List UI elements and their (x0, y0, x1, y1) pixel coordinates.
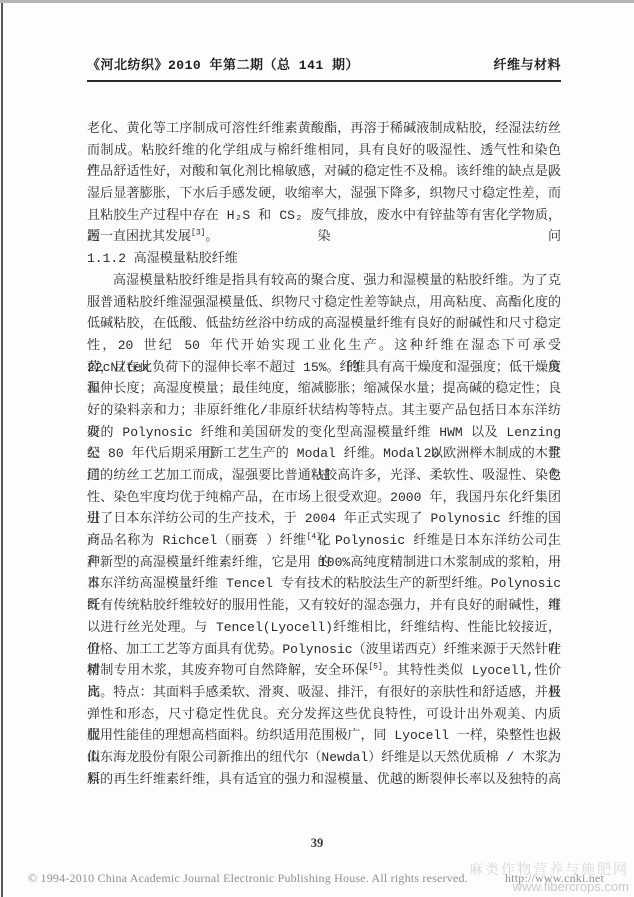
footer-copyright-bar: © 1994-2010 China Academic Journal Elect… (28, 871, 604, 886)
text-line: 而制成。粘胶纤维的化学组成与棉纤维相同，具有良好的吸湿性、透气性和染色性， (87, 140, 561, 162)
text-line: 精制专用木浆，其废弃物可自然降解，安全环保[5]。其特性类似 Lyocell,性… (87, 660, 561, 682)
text-line: 以进行丝光处理。与 Tencel(Lyocell)纤维相比，纤维结构、性能比较接… (87, 617, 561, 639)
journal-page: 《河北纺织》2010 年第二期（总 141 期） 纤维与材料 老化、黄化等工序制… (0, 0, 634, 897)
reference-superscript: [4] (307, 533, 321, 542)
reference-superscript: [3] (191, 229, 205, 238)
text-line: 本东洋纺高湿模量纤维 Tencel 专有技术的粘胶法生产的新型纤维。Polyno… (87, 573, 561, 595)
text-line: 老化、黄化等工序制成可溶性纤维素黄酸酯，再溶于稀碱液制成粘胶，经湿法纺丝 (87, 118, 561, 140)
section-heading: 1.1.2 高湿模量粘胶纤维 (87, 248, 561, 270)
text-line: 料的再生纤维素纤维，具有适宜的强力和湿模量、优越的断裂伸长率以及独特的高 (87, 769, 561, 791)
text-line: 既有传统粘胶纤维较好的服用性能，又有较好的湿态强力，并有良好的耐碱性，可 (87, 595, 561, 617)
paragraph: 高湿模量粘胶纤维是指具有较高的聚合度、强力和湿模量的粘胶纤维。为了克服普通粘胶纤… (87, 270, 561, 791)
copyright-notice: © 1994-2010 China Academic Journal Elect… (28, 871, 468, 886)
text-line: 纪 80 年代后期采用新工艺生产的 Modal 纤维。Modal 以欧洲榉木制成… (87, 443, 561, 465)
page-number: 39 (0, 836, 634, 851)
text-line: 性、染色牢度均优于纯棉产品，在市场上很受欢迎。2000 年，我国丹东化纤集团引 (87, 487, 561, 509)
cnki-url: http://www.cnki.net (505, 871, 604, 886)
scan-edge-top (0, 0, 634, 3)
text-line: 湿伸长度；高湿度模量；最佳纯度，缩减膨胀；缩减保水量；提高碱的稳定性；良 (87, 378, 561, 400)
reference-superscript: [5] (368, 663, 382, 672)
text-line: 进了日本东洋纺公司的生产技术，于 2004 年正式实现了 Polynosic 纤… (87, 508, 561, 530)
text-line: 弹性和形态，尺寸稳定性优良。充分发挥这些优良特性，可设计出外观美、内质优， (87, 704, 561, 726)
body-text: 老化、黄化等工序制成可溶性纤维素黄酸酯，再溶于稀碱液制成粘胶，经湿法纺丝而制成。… (87, 118, 561, 790)
text-line: 发的 Polynosic 纤维和美国研发的变化型高湿模量纤维 HWM 以及 Le… (87, 422, 561, 444)
text-line: 好的染料亲和力；非原纤维化/非原纤状结构等特点。其主要产品包括日本东洋纺研 (87, 400, 561, 422)
text-line: 且粘胶生产过程中存在 H₂S 和 CS₂ 废气排放，废水中有锌盐等有害化学物质，… (87, 205, 561, 227)
text-line: 1.1.2 高湿模量粘胶纤维 (87, 248, 561, 270)
text-line: 高湿模量粘胶纤维是指具有较高的聚合度、强力和湿模量的粘胶纤维。为了克 (87, 270, 561, 292)
text-line: 服用性能佳的理想高档面料。纺织适用范围极广，同 Lyocell 一样，染整性也极… (87, 725, 561, 747)
column-title-label: 纤维与材料 (493, 54, 561, 73)
text-line: 门的纺丝工艺加工而成，湿强要比普通粘胶高许多，光泽、柔软性、吸湿性、染色 (87, 465, 561, 487)
text-line: 山东海龙股份有限公司新推出的纽代尔（Newdal）纤维是以天然优质棉 / 木浆为… (87, 747, 561, 769)
text-line: 荷，且在此负荷下的湿伸长率不超过 15%。纤维具有高干燥度和湿强度；低干燥度和 (87, 357, 561, 379)
journal-issue-label: 《河北纺织》2010 年第二期（总 141 期） (87, 54, 359, 73)
text-line: 产品舒适性好，对酸和氧化剂比棉敏感，对碱的稳定性不及棉。该纤维的缺点是吸 (87, 161, 561, 183)
text-line: 种新型的高湿模量纤维素纤维，它是用 100%高纯度精制进口木浆制成的浆粕，用日 (87, 552, 561, 574)
text-line: 价格、加工工艺等方面具有优势。Polynosic（波里诺西克）纤维来源于天然针叶… (87, 639, 561, 661)
scan-edge-left (1, 3, 3, 897)
page-header: 《河北纺织》2010 年第二期（总 141 期） 纤维与材料 (87, 54, 561, 82)
text-line: 高。特点：其面料手感柔软、滑爽、吸湿、排汗，有很好的亲肤性和舒适感，并且 (87, 682, 561, 704)
text-line: 商品名称为 Richcel（丽赛 ）纤维[4]。Polynosic 纤维是日本东… (87, 530, 561, 552)
text-line: 低碱粘胶，在低酸、低盐纺丝浴中纺成的高湿模量纤维有良好的耐碱性和尺寸稳定 (87, 313, 561, 335)
text-line: 性，20 世纪 50 年代开始实现工业化生产。这种纤维在湿态下可承受 22cN/… (87, 335, 561, 357)
text-line: 湿后显著膨胀，下水后手感发硬，收缩率大，湿强下降多，织物尺寸稳定性差，而 (87, 183, 561, 205)
paragraph: 老化、黄化等工序制成可溶性纤维素黄酸酯，再溶于稀碱液制成粘胶，经湿法纺丝而制成。… (87, 118, 561, 248)
text-line: 服普通粘胶纤维湿强湿模量低、织物尺寸稳定性差等缺点，用高粘度、高酯化度的 (87, 292, 561, 314)
